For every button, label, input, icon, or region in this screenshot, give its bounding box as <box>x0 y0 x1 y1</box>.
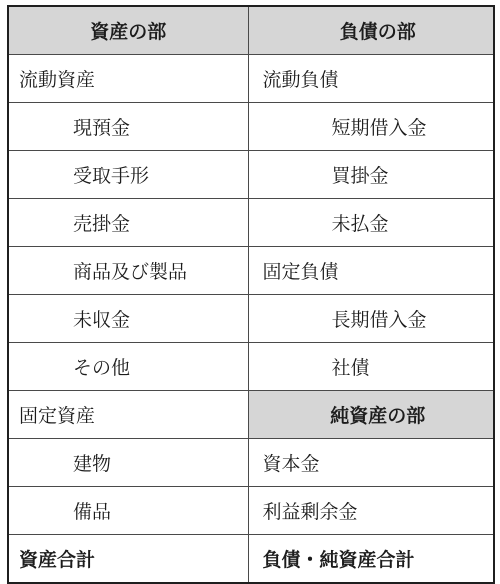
table-cell: 資本金 <box>248 439 494 487</box>
table-row: 商品及び製品固定負債 <box>8 247 494 295</box>
balance-sheet-table: 資産の部 負債の部 流動資産流動負債現預金短期借入金受取手形買掛金売掛金未払金商… <box>7 5 495 584</box>
table-row: 未収金長期借入金 <box>8 295 494 343</box>
table-cell: 固定資産 <box>8 391 248 439</box>
table-cell: 商品及び製品 <box>8 247 248 295</box>
table-row: 固定資産純資産の部 <box>8 391 494 439</box>
table-cell: 利益剰余金 <box>248 487 494 535</box>
table-row: その他社債 <box>8 343 494 391</box>
table-cell: 未払金 <box>248 199 494 247</box>
table-cell: 長期借入金 <box>248 295 494 343</box>
table-cell: その他 <box>8 343 248 391</box>
table-cell: 建物 <box>8 439 248 487</box>
table-row: 備品利益剰余金 <box>8 487 494 535</box>
table-cell: 社債 <box>248 343 494 391</box>
table-body: 資産の部 負債の部 流動資産流動負債現預金短期借入金受取手形買掛金売掛金未払金商… <box>8 6 494 583</box>
table-cell: 売掛金 <box>8 199 248 247</box>
table-cell: 短期借入金 <box>248 103 494 151</box>
assets-header-cell: 資産の部 <box>8 6 248 55</box>
table-row: 売掛金未払金 <box>8 199 494 247</box>
table-cell: 純資産の部 <box>248 391 494 439</box>
liabilities-header-cell: 負債の部 <box>248 6 494 55</box>
table-cell: 固定負債 <box>248 247 494 295</box>
table-cell: 備品 <box>8 487 248 535</box>
header-row: 資産の部 負債の部 <box>8 6 494 55</box>
table-cell: 受取手形 <box>8 151 248 199</box>
table-row: 資産合計負債・純資産合計 <box>8 535 494 584</box>
table-cell: 未収金 <box>8 295 248 343</box>
table-cell: 負債・純資産合計 <box>248 535 494 584</box>
table-row: 現預金短期借入金 <box>8 103 494 151</box>
table-cell: 流動資産 <box>8 55 248 103</box>
table-cell: 現預金 <box>8 103 248 151</box>
table-cell: 買掛金 <box>248 151 494 199</box>
table-cell: 流動負債 <box>248 55 494 103</box>
table-row: 流動資産流動負債 <box>8 55 494 103</box>
table-row: 受取手形買掛金 <box>8 151 494 199</box>
page: 資産の部 負債の部 流動資産流動負債現預金短期借入金受取手形買掛金売掛金未払金商… <box>0 0 500 584</box>
table-row: 建物資本金 <box>8 439 494 487</box>
table-cell: 資産合計 <box>8 535 248 584</box>
